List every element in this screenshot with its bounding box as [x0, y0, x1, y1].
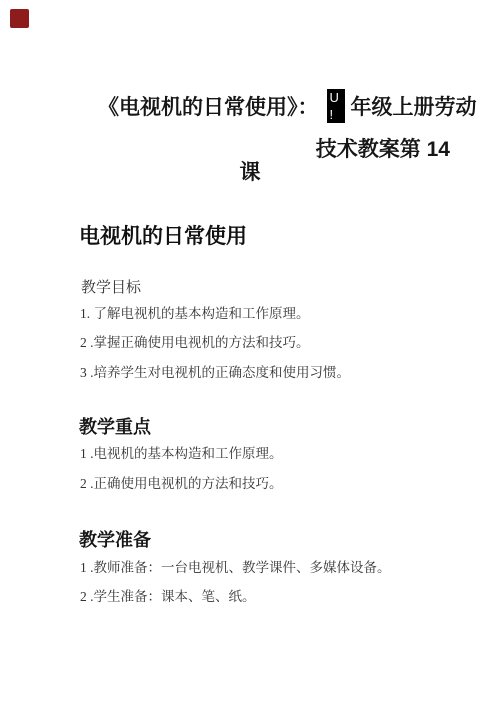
preparation-item: 1 .教师准备：一台电视机、教学课件、多媒体设备。 — [80, 556, 391, 576]
red-logo-square — [10, 9, 29, 28]
preparation-item: 2 .学生准备：课本、笔、纸。 — [80, 585, 256, 605]
document-title-line-3: 课 — [0, 156, 500, 186]
document-title-line-1: 《电视机的日常使用》： U ! 年级上册劳动 — [98, 88, 477, 124]
objective-item: 3 .培养学生对电视机的正确态度和使用习惯。 — [80, 361, 350, 381]
key-point-item: 2 .正确使用电视机的方法和技巧。 — [80, 472, 283, 492]
section-heading-key-points: 教学重点 — [79, 413, 151, 439]
section-heading-objectives: 教学目标 — [81, 276, 141, 297]
objective-item: 2 .掌握正确使用电视机的方法和技巧。 — [80, 331, 310, 351]
title-part-1: 《电视机的日常使用》： — [98, 91, 319, 121]
page-title: 电视机的日常使用 — [79, 220, 247, 250]
objective-item: 1. 了解电视机的基本构造和工作原理。 — [80, 302, 310, 322]
badge-char-top: U — [330, 90, 345, 105]
badge-char-bottom: ! — [330, 107, 345, 122]
title-part-2: 年级上册劳动 — [351, 91, 477, 121]
key-point-item: 1 .电视机的基本构造和工作原理。 — [80, 442, 283, 462]
document-page: 《电视机的日常使用》： U ! 年级上册劳动 技术教案第 14 课 电视机的日常… — [0, 0, 500, 707]
unknown-character-badge: U ! — [327, 89, 345, 123]
section-heading-preparation: 教学准备 — [79, 526, 151, 552]
